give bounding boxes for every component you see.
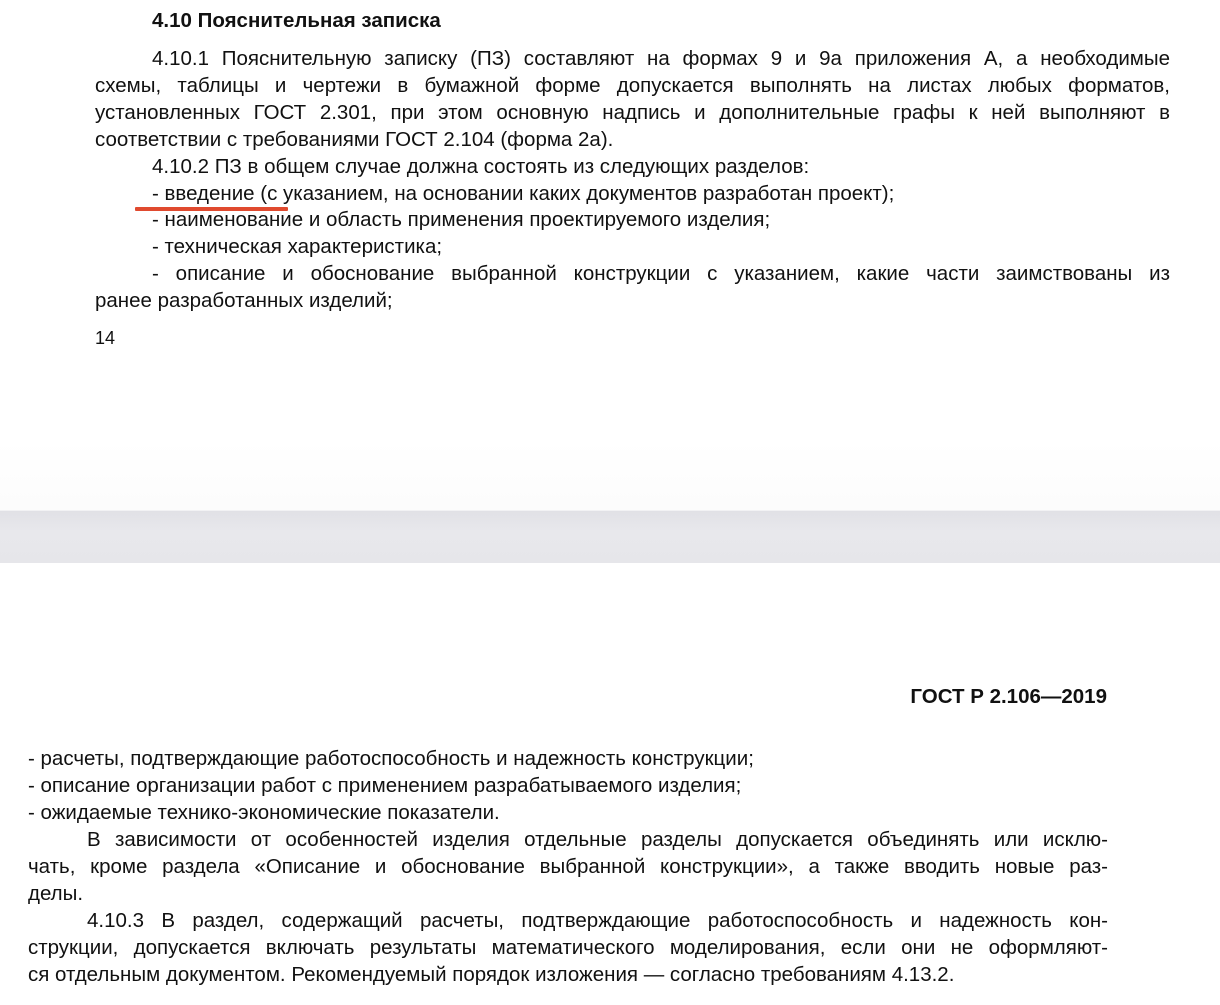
paragraph-sections-line-2: чать, кроме раздела «Описание и обоснова… xyxy=(28,854,1108,880)
running-header-standard-number: ГОСТ Р 2.106—2019 xyxy=(910,684,1107,710)
paragraph-4-10-2-intro: 4.10.2 ПЗ в общем случае должна состоять… xyxy=(152,154,809,180)
paragraph-4-10-1-line-4: соответствии с требованиями ГОСТ 2.104 (… xyxy=(95,127,1170,153)
section-heading: 4.10 Пояснительная записка xyxy=(152,8,441,34)
paragraph-4-10-1-line-2: схемы, таблицы и чертежи в бумажной форм… xyxy=(95,73,1170,99)
paragraph-4-10-3-line-3: ся отдельным документом. Рекомендуемый п… xyxy=(28,962,954,988)
list-item-technical-characteristics: - техническая характеристика; xyxy=(152,234,442,260)
document-page-lower: ГОСТ Р 2.106—2019 - расчеты, подтверждаю… xyxy=(0,563,1220,1005)
paragraph-4-10-3-line-2: струкции, допускается включать результат… xyxy=(28,935,1108,961)
page-number: 14 xyxy=(95,325,115,351)
page-separator xyxy=(0,510,1220,564)
list-item-calculations: - расчеты, подтверждающие работоспособно… xyxy=(28,746,754,772)
list-item-name-and-scope: - наименование и область применения прое… xyxy=(152,207,770,233)
paragraph-4-10-3-line-1: 4.10.3 В раздел, содержащий расчеты, под… xyxy=(87,908,1108,934)
list-item-design-description-line-1: - описание и обоснование выбранной конст… xyxy=(152,261,1170,287)
list-item-design-description-line-2: ранее разработанных изделий; xyxy=(95,288,1170,314)
list-item-work-organization: - описание организации работ с применени… xyxy=(28,773,741,799)
paragraph-sections-line-3: делы. xyxy=(28,881,83,907)
list-item-introduction: - введение (с указанием, на основании ка… xyxy=(152,181,894,207)
paragraph-4-10-1-line-1: 4.10.1 Пояснительную записку (ПЗ) состав… xyxy=(152,46,1170,72)
paragraph-4-10-1-line-3: установленных ГОСТ 2.301, при этом основ… xyxy=(95,100,1170,126)
paragraph-sections-line-1: В зависимости от особенностей изделия от… xyxy=(87,827,1108,853)
document-page-upper: 4.10 Пояснительная записка 4.10.1 Поясни… xyxy=(0,0,1220,510)
list-item-economic-indicators: - ожидаемые технико-экономические показа… xyxy=(28,800,500,826)
